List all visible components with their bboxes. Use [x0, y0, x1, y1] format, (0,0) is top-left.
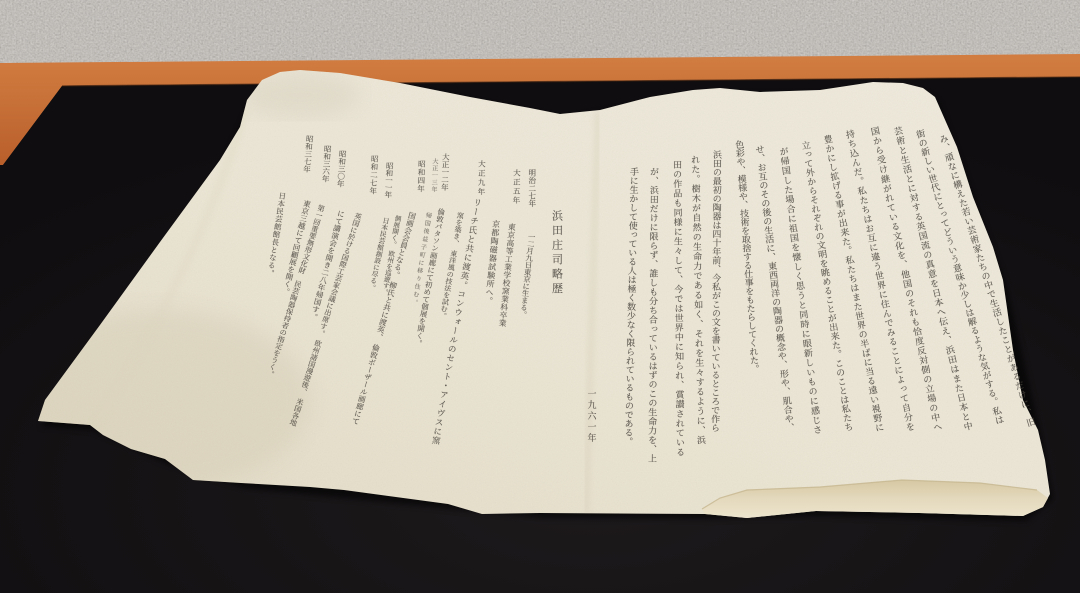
- museum-display-photo: み、頑なに構えた若い芸術家たちの中で生活したことがあるだけに、旧 街の新しい世代…: [0, 0, 1080, 593]
- scene-backdrop: [0, 0, 1080, 593]
